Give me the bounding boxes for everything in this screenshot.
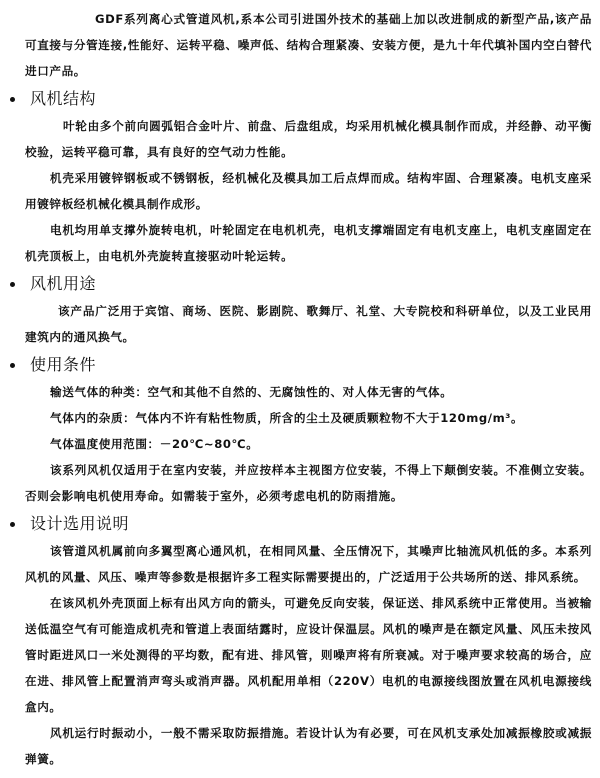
- section-operating-conditions: 使用条件 输送气体的种类：空气和其他不自然的、无腐蚀性的、对人体无害的气体。 气…: [25, 351, 592, 509]
- paragraph-motor: 电机均用单支撑外旋转电机，叶轮固定在电机机壳，电机支撑端固定有电机支座上，电机支…: [25, 217, 592, 269]
- paragraph-noise-overview: 该管道风机属前向多翼型离心通风机，在相同风量、全压情况下，其噪声比轴流风机低的多…: [25, 538, 592, 590]
- section-heading: 使用条件: [0, 351, 592, 379]
- bullet-icon: [10, 363, 15, 368]
- paragraph-gas-impurities: 气体内的杂质：气体内不许有粘性物质，所含的尘土及硬质颗粒物不大于120mg/m³…: [25, 405, 592, 431]
- section-fan-usage: 风机用途 该产品广泛用于宾馆、商场、医院、影剧院、歌舞厅、礼堂、大专院校和科研单…: [25, 270, 592, 350]
- section-design-selection: 设计选用说明 该管道风机属前向多翼型离心通风机，在相同风量、全压情况下，其噪声比…: [25, 510, 592, 772]
- bullet-icon: [10, 282, 15, 287]
- section-fan-structure: 风机结构 叶轮由多个前向圆弧铝合金叶片、前盘、后盘组成，均采用机械化模具制作而成…: [25, 85, 592, 269]
- paragraph-housing: 机壳采用镀锌钢板或不锈钢板，经机械化及模具加工后点焊而成。结构牢固、合理紧凑。电…: [25, 165, 592, 217]
- section-heading-text: 使用条件: [30, 355, 96, 374]
- section-heading: 风机结构: [0, 85, 592, 113]
- bullet-icon: [10, 522, 15, 527]
- paragraph-airflow-arrow: 在该风机外壳顶面上标有出风方向的箭头，可避免反向安装，保证送、排风系统中正常使用…: [25, 590, 592, 720]
- section-heading-text: 风机结构: [30, 89, 96, 108]
- intro-paragraph: GDF系列离心式管道风机,系本公司引进国外技术的基础上加以改进制成的新型产品,该…: [25, 6, 592, 84]
- section-heading-text: 设计选用说明: [30, 514, 129, 533]
- paragraph-vibration: 风机运行时振动小，一般不需采取防振措施。若设计认为有必要，可在风机支承处加减振橡…: [25, 720, 592, 772]
- paragraph-usage: 该产品广泛用于宾馆、商场、医院、影剧院、歌舞厅、礼堂、大专院校和科研单位，以及工…: [25, 298, 592, 350]
- paragraph-temperature-range: 气体温度使用范围：－20℃~80℃。: [25, 431, 592, 457]
- paragraph-gas-type: 输送气体的种类：空气和其他不自然的、无腐蚀性的、对人体无害的气体。: [25, 379, 592, 405]
- section-heading: 风机用途: [0, 270, 592, 298]
- paragraph-impeller: 叶轮由多个前向圆弧铝合金叶片、前盘、后盘组成，均采用机械化模具制作而成，并经静、…: [25, 113, 592, 165]
- section-heading: 设计选用说明: [0, 510, 592, 538]
- bullet-icon: [10, 97, 15, 102]
- section-heading-text: 风机用途: [30, 274, 96, 293]
- paragraph-installation: 该系列风机仅适用于在室内安装，并应按样本主视图方位安装，不得上下颠倒安装。不准侧…: [25, 457, 592, 509]
- product-description-document: GDF系列离心式管道风机,系本公司引进国外技术的基础上加以改进制成的新型产品,该…: [0, 0, 600, 772]
